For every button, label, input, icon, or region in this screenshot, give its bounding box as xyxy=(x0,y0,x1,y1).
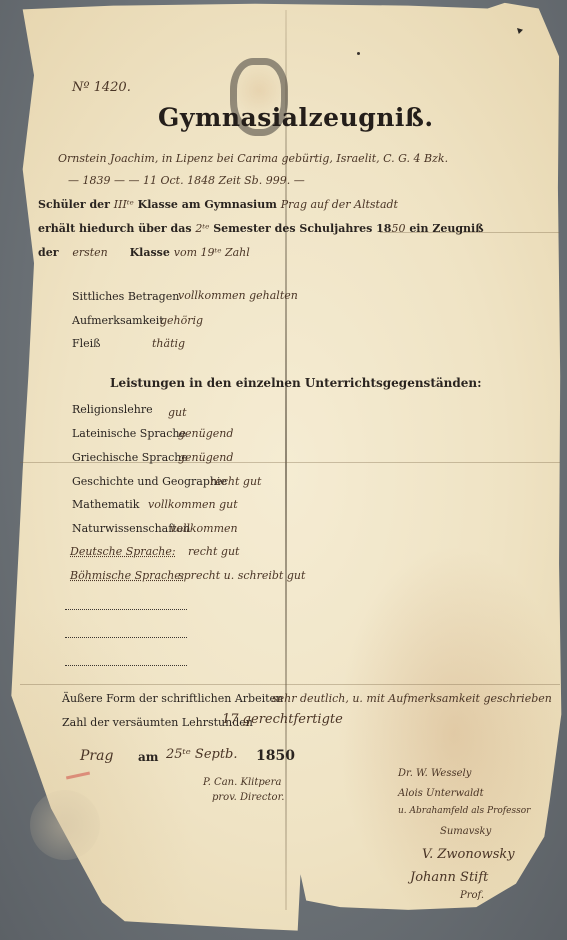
subject-grade: gut xyxy=(168,406,187,419)
aeussere-form-value: sehr deutlich, u. mit Aufmerksamkeit ges… xyxy=(272,692,552,705)
date: 25ᵗᵉ Septb. xyxy=(166,747,238,762)
year-prefix: 18 xyxy=(376,222,391,235)
signature: u. Abrahamfeld als Professor xyxy=(398,806,530,816)
subject-grade: vollkommen gut xyxy=(148,498,238,511)
label-ein-zeugnis: ein Zeugniß xyxy=(409,222,483,235)
signature: Alois Unterwaldt xyxy=(398,788,484,799)
label-klasse: Klasse xyxy=(130,246,170,259)
signature: Prof. xyxy=(460,890,484,901)
student-line-1: Ornstein Joachim, in Lipenz bei Carima g… xyxy=(58,152,448,165)
subject-grade: genügend xyxy=(178,451,233,464)
subject-label-handwritten: Böhmische Sprache: xyxy=(70,569,185,582)
subject-label: Lateinische Sprache xyxy=(72,427,186,440)
subject-label: Geschichte und Geographie xyxy=(72,475,227,488)
versaeumte-value: 17 gerechtfertigte xyxy=(222,712,343,727)
student-line-2: — 1839 — — 11 Oct. 1848 Zeit Sb. 999. — xyxy=(68,174,305,187)
klasse-number: IIIᵗᵉ xyxy=(114,198,134,211)
label-schueler-der: Schüler der xyxy=(38,198,110,211)
subject-grade: recht gut xyxy=(210,475,261,488)
label-am: am xyxy=(138,750,158,764)
gymnasium-name: Prag auf der Altstadt xyxy=(281,198,398,211)
signature-director-title: prov. Director. xyxy=(212,792,284,803)
conduct-value-aufmerksamkeit: gehörig xyxy=(160,314,203,327)
label-der: der xyxy=(38,246,59,259)
subject-label: Religionslehre xyxy=(72,403,153,416)
page-title: Gymnasialzeugniß. xyxy=(158,103,434,132)
subjects-heading: Leistungen in den einzelnen Unterrichtsg… xyxy=(110,376,482,390)
year-suffix: 50 xyxy=(391,222,405,235)
klasse-rank: ersten xyxy=(72,246,107,259)
date-year: 1850 xyxy=(256,748,295,764)
intro-line-3: der ersten Klasse vom 19ᵗᵉ Zahl xyxy=(38,246,250,259)
semester-number: 2ᵗᵉ xyxy=(195,222,209,235)
blank-subject-line xyxy=(65,665,187,666)
rank-note: vom 19ᵗᵉ Zahl xyxy=(174,246,250,259)
subject-grade: genügend xyxy=(178,427,233,440)
certificate-number: Nº 1420. xyxy=(72,80,131,95)
intro-line-1: Schüler der IIIᵗᵉ Klasse am Gymnasium Pr… xyxy=(38,198,398,211)
conduct-value-betragen: vollkommen gehalten xyxy=(178,289,298,302)
horizontal-fold-crease-lower xyxy=(20,684,560,685)
ink-dot xyxy=(357,52,360,55)
label-klasse-am-gymnasium: Klasse am Gymnasium xyxy=(138,198,277,211)
signature: Johann Stift xyxy=(410,870,488,885)
subject-grade: sprecht u. schreibt gut xyxy=(178,569,305,582)
conduct-value-fleiss: thätig xyxy=(152,337,185,350)
signature: Sumavsky xyxy=(440,826,491,837)
label-erhaelt: erhält hiedurch über das xyxy=(38,222,192,235)
subject-label: Mathematik xyxy=(72,498,139,511)
blank-subject-line xyxy=(65,609,187,610)
intro-line-2: erhält hiedurch über das 2ᵗᵉ Semester de… xyxy=(38,222,484,235)
wax-seal-icon xyxy=(30,790,100,860)
blank-subject-line xyxy=(65,637,187,638)
signature: Dr. W. Wessely xyxy=(398,768,471,779)
signature-director-name: P. Can. Klitpera xyxy=(203,777,281,788)
subject-grade: vollkommen xyxy=(170,522,238,535)
vertical-fold-crease xyxy=(285,10,287,910)
subject-label-handwritten: Deutsche Sprache: xyxy=(70,545,176,558)
place: Prag xyxy=(80,748,113,764)
aeussere-form-label: Äußere Form der schriftlichen Arbeiten xyxy=(62,692,283,705)
conduct-label-fleiss: Fleiß xyxy=(72,337,101,350)
conduct-label-betragen: Sittliches Betragen xyxy=(72,290,179,303)
subject-grade: recht gut xyxy=(188,545,239,558)
subject-label: Griechische Sprache xyxy=(72,451,188,464)
signature: V. Zwonowsky xyxy=(422,847,515,862)
conduct-label-aufmerksamkeit: Aufmerksamkeit xyxy=(72,314,164,327)
label-semester: Semester des Schuljahres xyxy=(213,222,372,235)
